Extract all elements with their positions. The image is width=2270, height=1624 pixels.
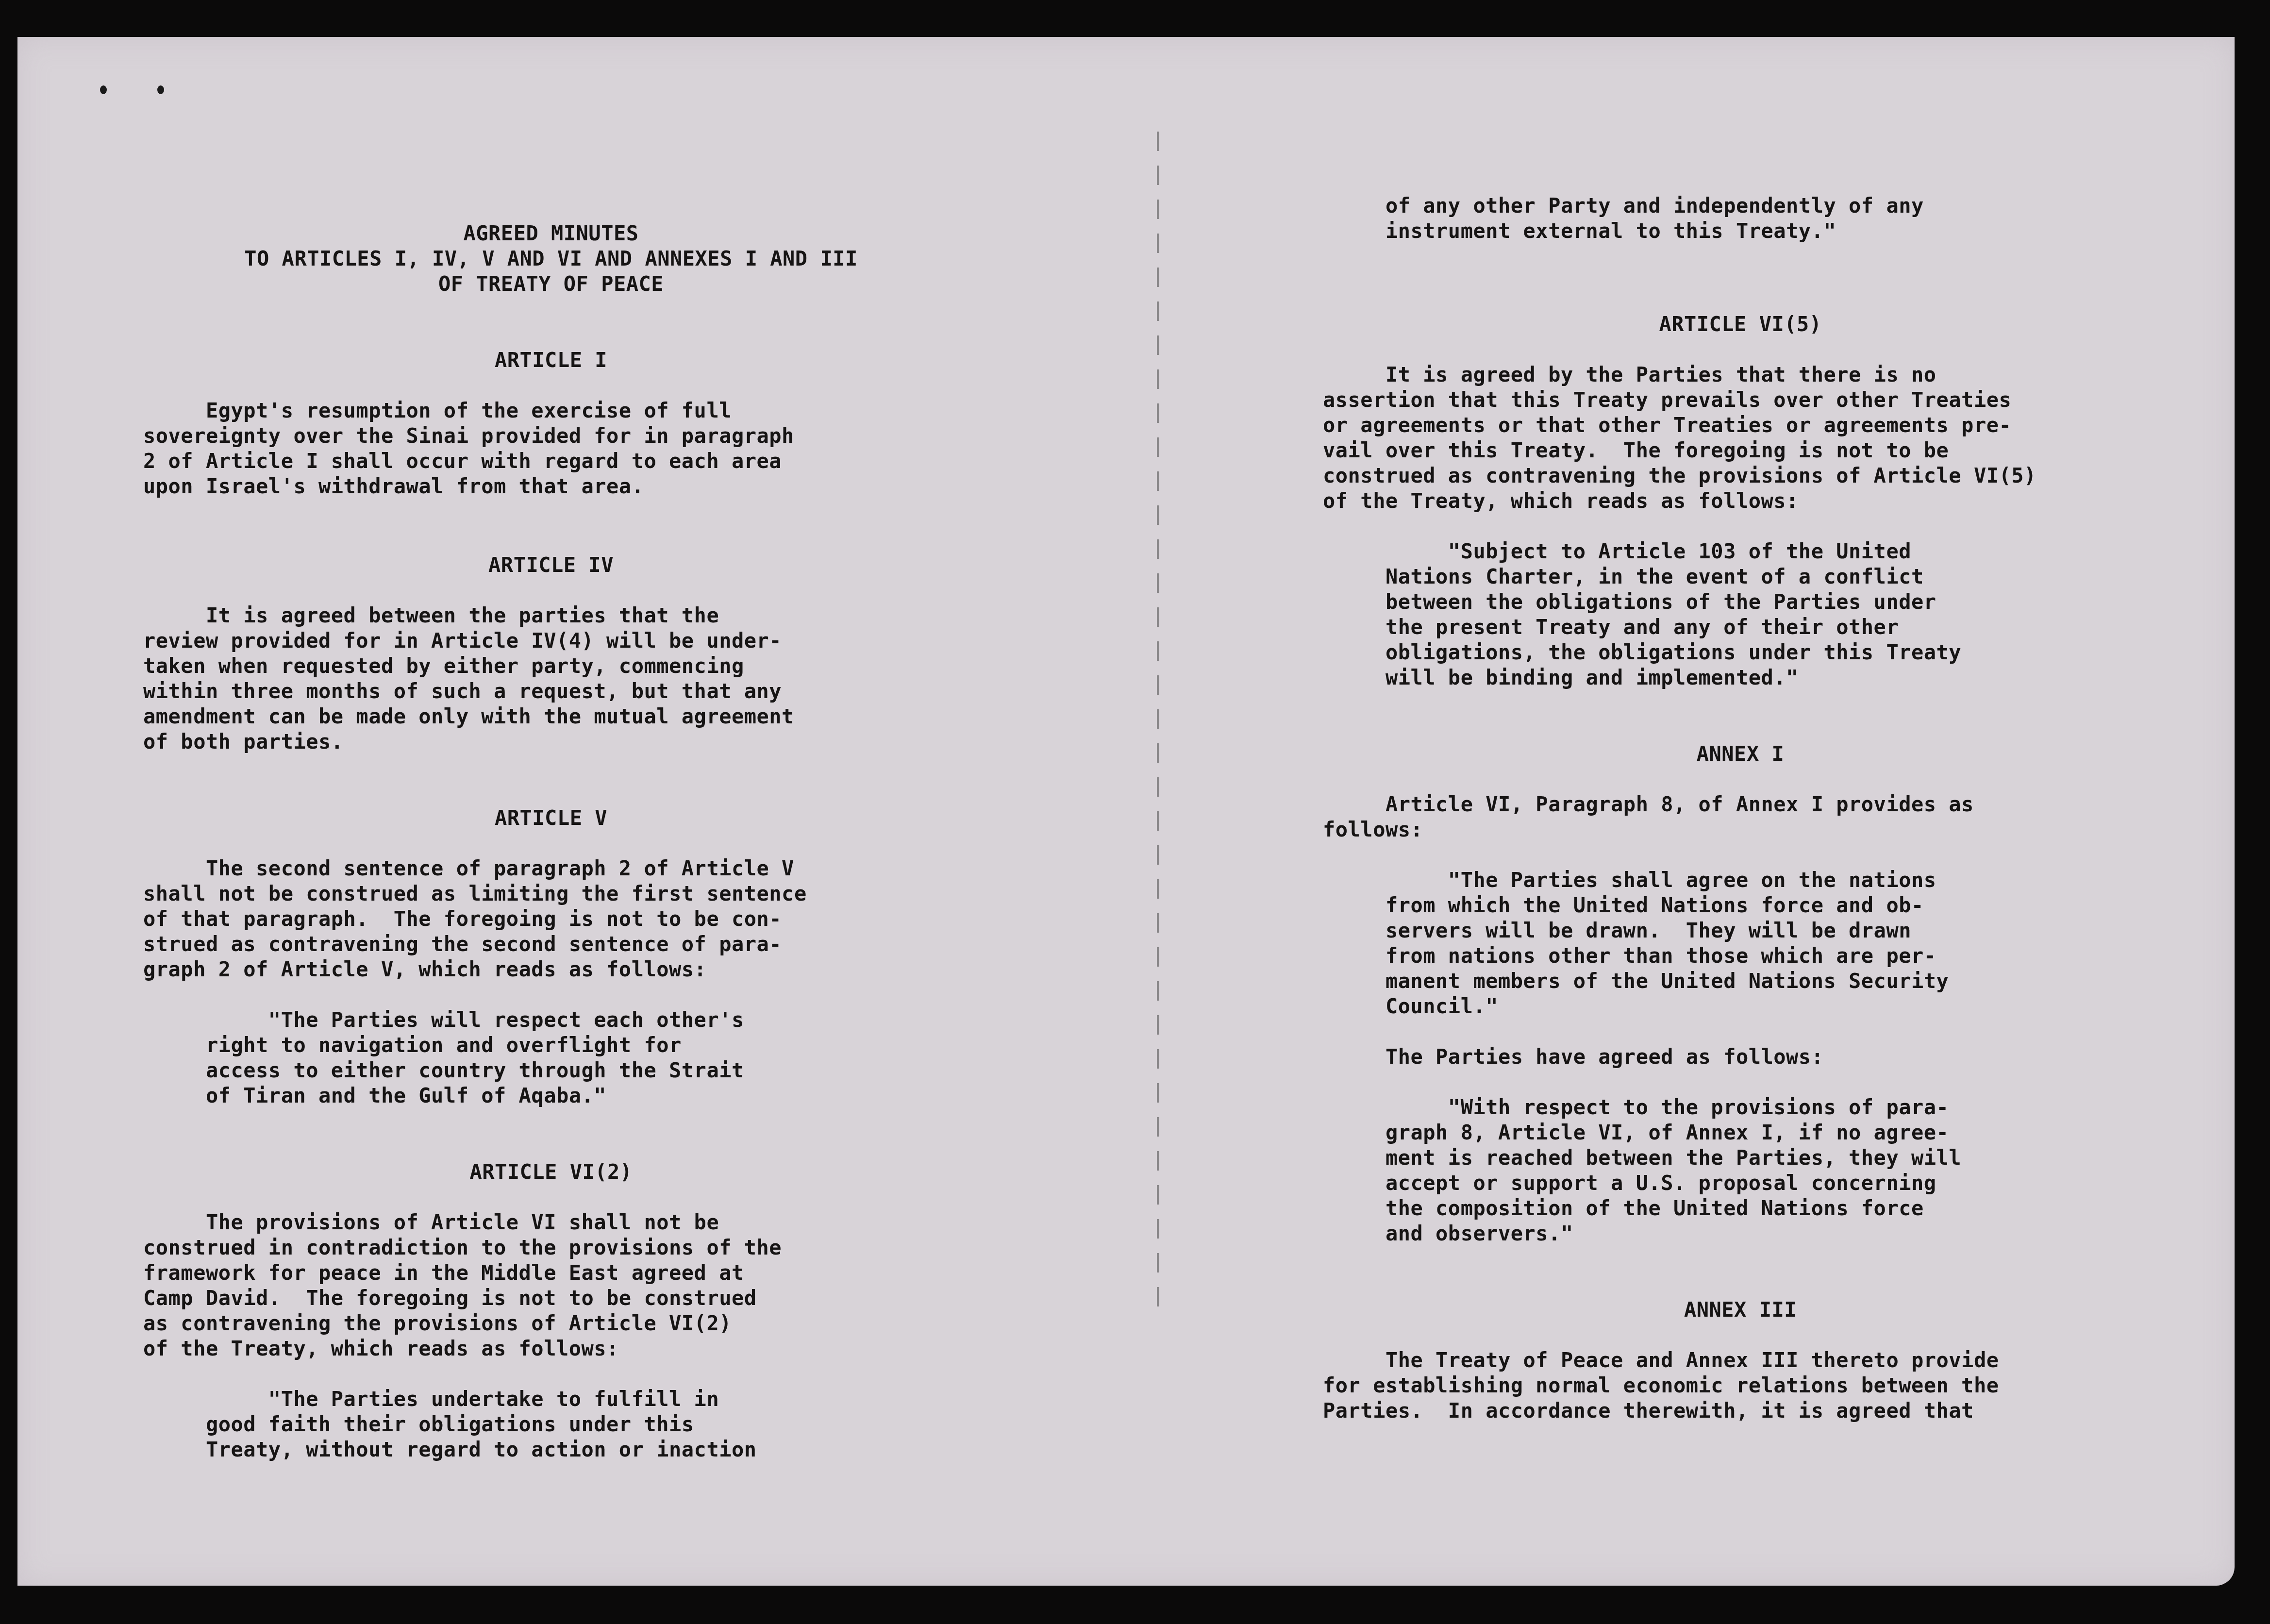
right-page: of any other Party and independently of …	[1323, 193, 2158, 1423]
quote-continuation: of any other Party and independently of …	[1323, 193, 2158, 244]
section-body-article-4: It is agreed between the parties that th…	[143, 603, 959, 754]
left-page: AGREED MINUTES TO ARTICLES I, IV, V AND …	[143, 221, 959, 1462]
quote-annex-1: "The Parties shall agree on the nations …	[1323, 868, 2158, 1019]
section-heading-article-5: ARTICLE V	[143, 805, 959, 831]
section-body-article-6-5: It is agreed by the Parties that there i…	[1323, 362, 2158, 514]
punch-mark	[100, 85, 107, 94]
section-heading-annex-3: ANNEX III	[1323, 1297, 2158, 1323]
title-line: OF TREATY OF PEACE	[143, 271, 959, 297]
agreed-intro-annex-1: The Parties have agreed as follows:	[1323, 1044, 2158, 1070]
section-body-annex-1: Article VI, Paragraph 8, of Annex I prov…	[1323, 792, 2158, 842]
quote-article-6-5: "Subject to Article 103 of the United Na…	[1323, 539, 2158, 690]
title-line: TO ARTICLES I, IV, V AND VI AND ANNEXES …	[143, 246, 959, 271]
agreed-quote-annex-1: "With respect to the provisions of para-…	[1323, 1095, 2158, 1246]
section-body-article-1: Egypt's resumption of the exercise of fu…	[143, 398, 959, 499]
section-heading-article-6-5: ARTICLE VI(5)	[1323, 312, 2158, 337]
quote-article-5: "The Parties will respect each other's r…	[143, 1007, 959, 1108]
title-line: AGREED MINUTES	[143, 221, 959, 246]
quote-article-6-2: "The Parties undertake to fulfill in goo…	[143, 1387, 959, 1462]
section-heading-article-1: ARTICLE I	[143, 348, 959, 373]
section-body-annex-3: The Treaty of Peace and Annex III theret…	[1323, 1348, 2158, 1423]
punch-mark	[157, 85, 164, 94]
section-heading-annex-1: ANNEX I	[1323, 741, 2158, 767]
section-body-article-5: The second sentence of paragraph 2 of Ar…	[143, 856, 959, 982]
document-title: AGREED MINUTES TO ARTICLES I, IV, V AND …	[143, 221, 959, 297]
section-heading-article-4: ARTICLE IV	[143, 552, 959, 578]
section-heading-article-6-2: ARTICLE VI(2)	[143, 1159, 959, 1185]
page-fold-divider	[1157, 132, 1159, 1316]
section-body-article-6-2: The provisions of Article VI shall not b…	[143, 1210, 959, 1361]
